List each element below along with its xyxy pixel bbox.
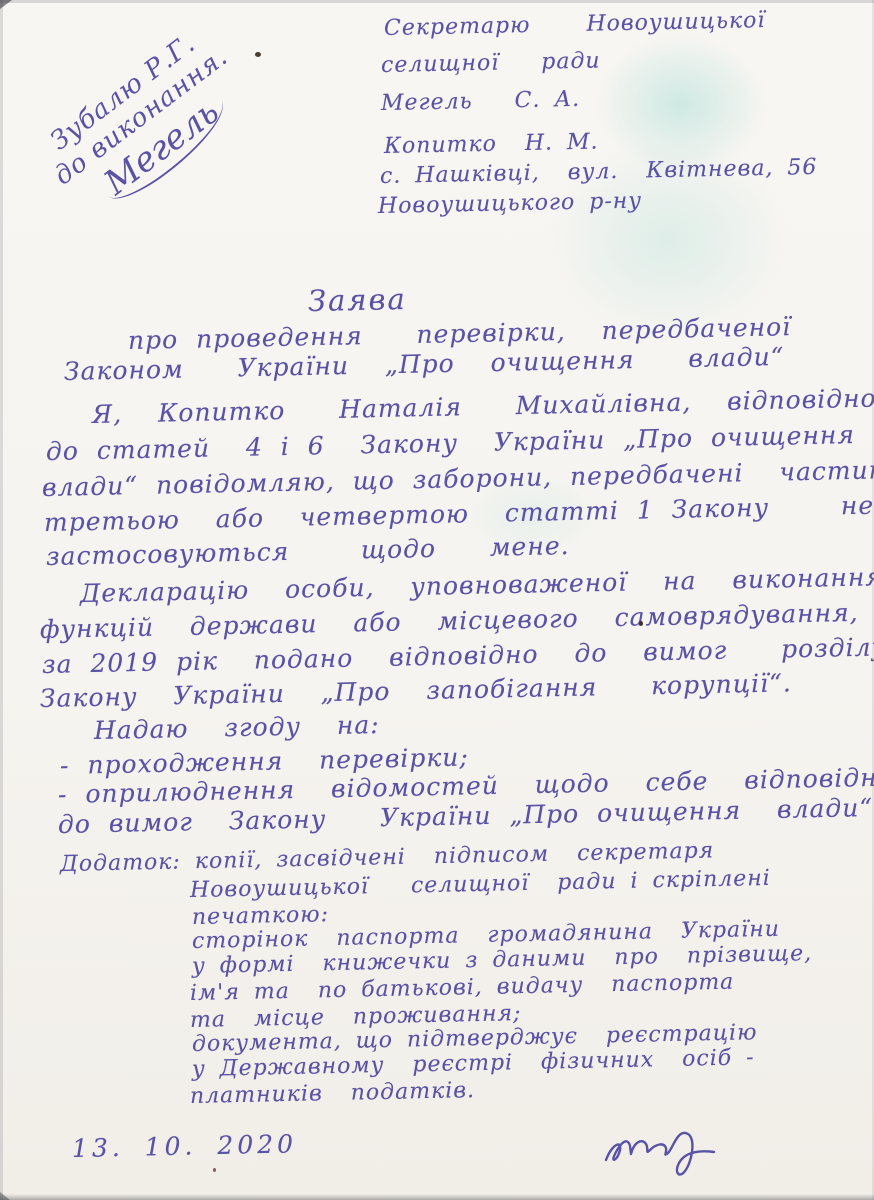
recipient-line: Мегель С. А.	[381, 87, 581, 116]
ink-speck	[255, 52, 261, 57]
scan-edge-shadow	[0, 1194, 874, 1200]
recipient-line: селищної ради	[381, 48, 601, 78]
ink-speck	[213, 1168, 216, 1172]
body-line: Надаю згоду на:	[94, 710, 380, 745]
stamp-smudge	[596, 34, 766, 174]
ink-speck	[639, 621, 643, 626]
scan-corner-artifact	[0, 1192, 10, 1200]
scan-edge-shadow	[0, 0, 874, 3]
recipient-line: Секретарю Новоушицької	[384, 8, 766, 41]
recipient-line: Новоушицького р-ну	[378, 188, 643, 219]
recipient-line: с. Нашківці, вул. Квітнева, 56	[380, 155, 818, 189]
body-line: застосовуються щодо мене.	[46, 531, 570, 571]
attachment-line: платників податків.	[190, 1078, 476, 1109]
document-title: Заява	[308, 282, 407, 318]
scanned-document-page: Зубалю Р.Г. до виконання. Мегель Секрета…	[0, 0, 874, 1200]
executive-note: Зубалю Р.Г. до виконання. Мегель	[0, 0, 306, 262]
applicant-signature	[596, 1108, 746, 1188]
scan-corner-artifact	[0, 0, 12, 9]
recipient-line: Копитко Н. М.	[384, 130, 599, 159]
date: 13. 10. 2020	[72, 1129, 298, 1163]
